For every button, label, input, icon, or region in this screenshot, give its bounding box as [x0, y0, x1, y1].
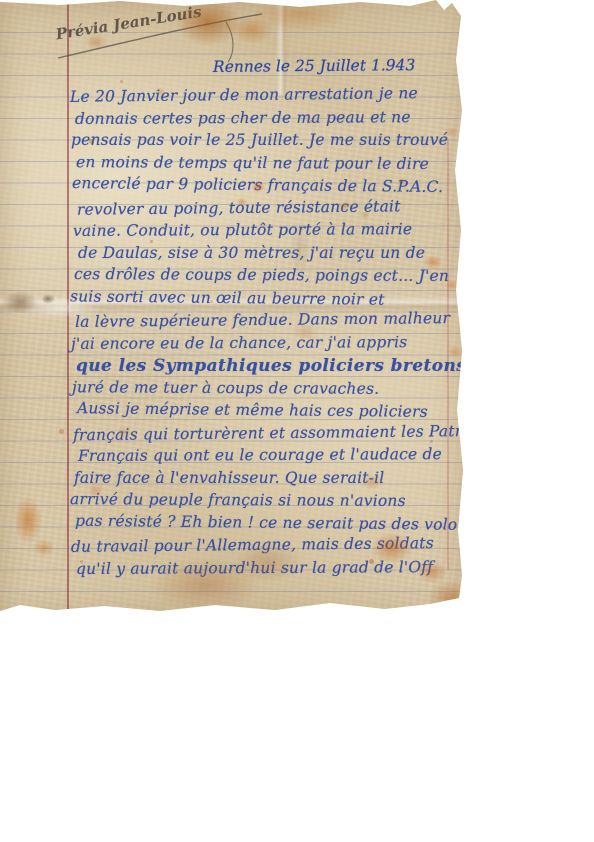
- letter-line: pensais pas voir le 25 Juillet. Je me su…: [71, 131, 448, 149]
- margin-line-right: [447, 140, 449, 570]
- letter-line: français qui torturèrent et assommaient …: [73, 421, 501, 443]
- letter-line: suis sorti avec un œil au beurre noir et: [70, 287, 385, 308]
- letter-line: qu'il y aurait aujourd'hui sur la grad d…: [76, 558, 433, 578]
- letter-line: revolver au poing, toute résistance étai…: [77, 197, 401, 218]
- letter-line: en moins de temps qu'il ne faut pour le …: [76, 153, 429, 173]
- letter-line: ces drôles de coups de pieds, poings ect…: [74, 265, 449, 285]
- letter-line: Français qui ont eu le courage et l'auda…: [78, 445, 442, 465]
- letter-paper: Prévia Jean-Louis Rennes le 25 Juillet 1…: [0, 0, 465, 615]
- letter-line: j'ai encore eu de la chance, car j'ai ap…: [71, 333, 407, 353]
- stain-freckles: [0, 0, 3, 3]
- margin-line-left: [67, 0, 69, 615]
- letter-line: donnais certes pas cher de ma peau et ne: [75, 108, 411, 128]
- letter-line: arrivé du peuple français si nous n'avio…: [70, 490, 406, 510]
- letter-line: de Daulas, sise à 30 mètres, j'ai reçu u…: [78, 244, 425, 262]
- letter-line: Le 20 Janvier jour de mon arrestation je…: [70, 84, 418, 106]
- letter-line: juré de me tuer à coups de cravaches.: [72, 378, 379, 398]
- dateline: Rennes le 25 Juillet 1.943: [213, 56, 415, 76]
- letter-line: Aussi je méprise et même hais ces polici…: [77, 399, 428, 421]
- letter-line: vaine. Conduit, ou plutôt porté à la mai…: [73, 220, 412, 240]
- letter-line: faire face à l'envahisseur. Que serait-i…: [74, 469, 384, 487]
- letter-line: que les Sympathiques policiers bretons a…: [76, 356, 545, 376]
- letter-line: du travail pour l'Allemagne, mais des so…: [71, 534, 434, 556]
- scan-page: { "document": { "pencil_annotation": "Pr…: [0, 0, 594, 842]
